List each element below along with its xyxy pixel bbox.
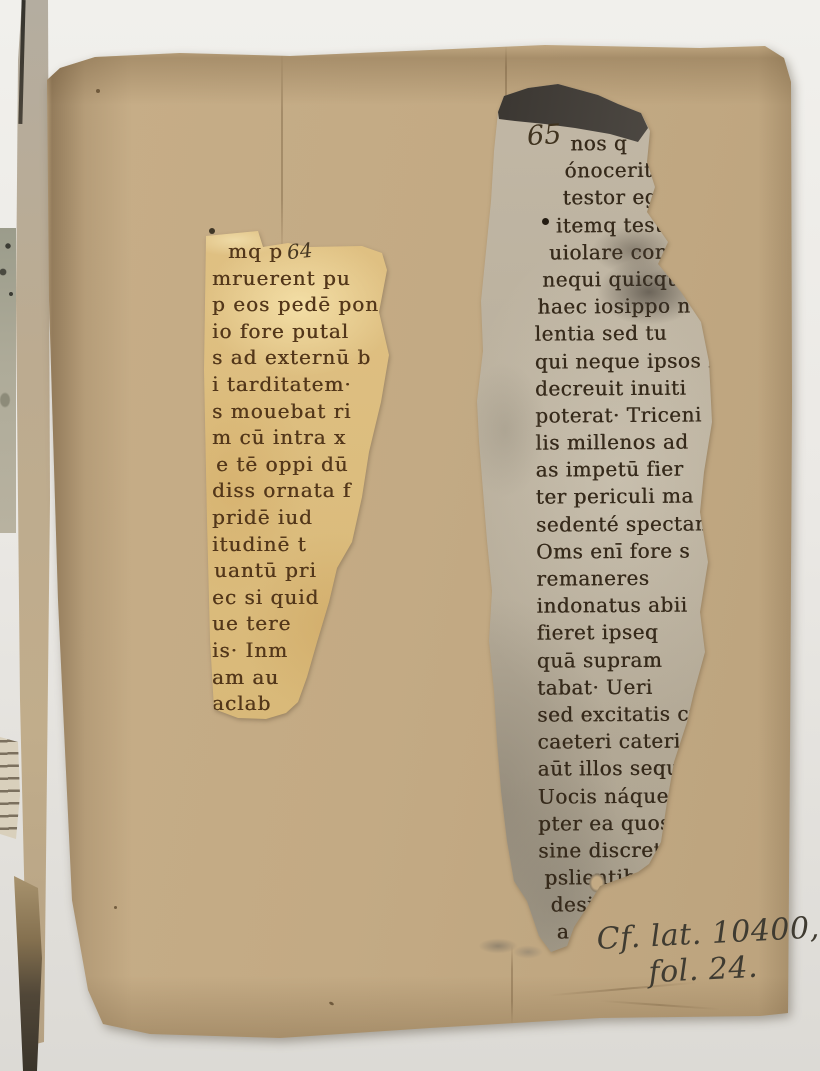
manuscript-line: as impetū fier xyxy=(535,456,717,484)
folio-number-right: 65 xyxy=(526,119,562,152)
manuscript-line: quā supram xyxy=(537,646,719,674)
fragment-right-parchment: nos qónocerittestor ego pitemq testor cu… xyxy=(0,0,820,1071)
manuscript-line: indonatus abii xyxy=(536,592,718,620)
manuscript-line: nequi quicqua xyxy=(534,265,716,293)
manuscript-line: tabat· Ueri xyxy=(537,673,719,701)
manuscript-line: remaneres xyxy=(536,564,718,592)
manuscript-line: Uocis náque ag xyxy=(538,782,720,810)
manuscript-line: pslientib xyxy=(538,863,720,891)
manuscript-line: pter ea quos da xyxy=(538,809,720,837)
manuscript-line: ter periculi ma xyxy=(536,483,718,511)
manuscript-line: desier xyxy=(538,891,720,919)
manuscript-album-photo: mq pmruerent pup eos pedē ponio fore put… xyxy=(0,0,820,1071)
shelfmark-note: Cf. lat. 10400, fol. 24. xyxy=(596,910,820,1012)
manuscript-line: poterat· Triceni xyxy=(535,401,717,429)
manuscript-line: ónocerit xyxy=(533,157,715,185)
manuscript-line: lentia sed tu xyxy=(534,320,716,348)
manuscript-line: sine discretio xyxy=(538,836,720,864)
manuscript-line: Oms enī fore s xyxy=(536,537,718,565)
manuscript-line: lis millenos ad xyxy=(535,428,717,456)
manuscript-line: aūt illos seque xyxy=(538,755,720,783)
manuscript-line: caeteri cateri xyxy=(537,727,719,755)
manuscript-line: sed excitatis cu xyxy=(537,700,719,728)
manuscript-line: itemq testor c xyxy=(534,211,716,239)
manuscript-line: testor ego p xyxy=(534,184,716,212)
fragment-right-text: nos qónocerittestor ego pitemq testor cu… xyxy=(533,129,721,946)
fragment-right: nos qónocerittestor ego pitemq testor cu… xyxy=(0,0,820,1071)
manuscript-line: decreuit inuiti xyxy=(535,374,717,402)
manuscript-line: uiolare conpell xyxy=(534,238,716,266)
glue-smudge xyxy=(476,934,546,962)
manuscript-line: qui neque ipsos i xyxy=(535,347,717,375)
manuscript-line: fieret ipseq xyxy=(537,619,719,647)
parchment-hole xyxy=(588,872,606,894)
ink-dot xyxy=(542,218,549,225)
manuscript-line: sedenté spectan xyxy=(536,510,718,538)
manuscript-line: haec iosippo n xyxy=(534,292,716,320)
